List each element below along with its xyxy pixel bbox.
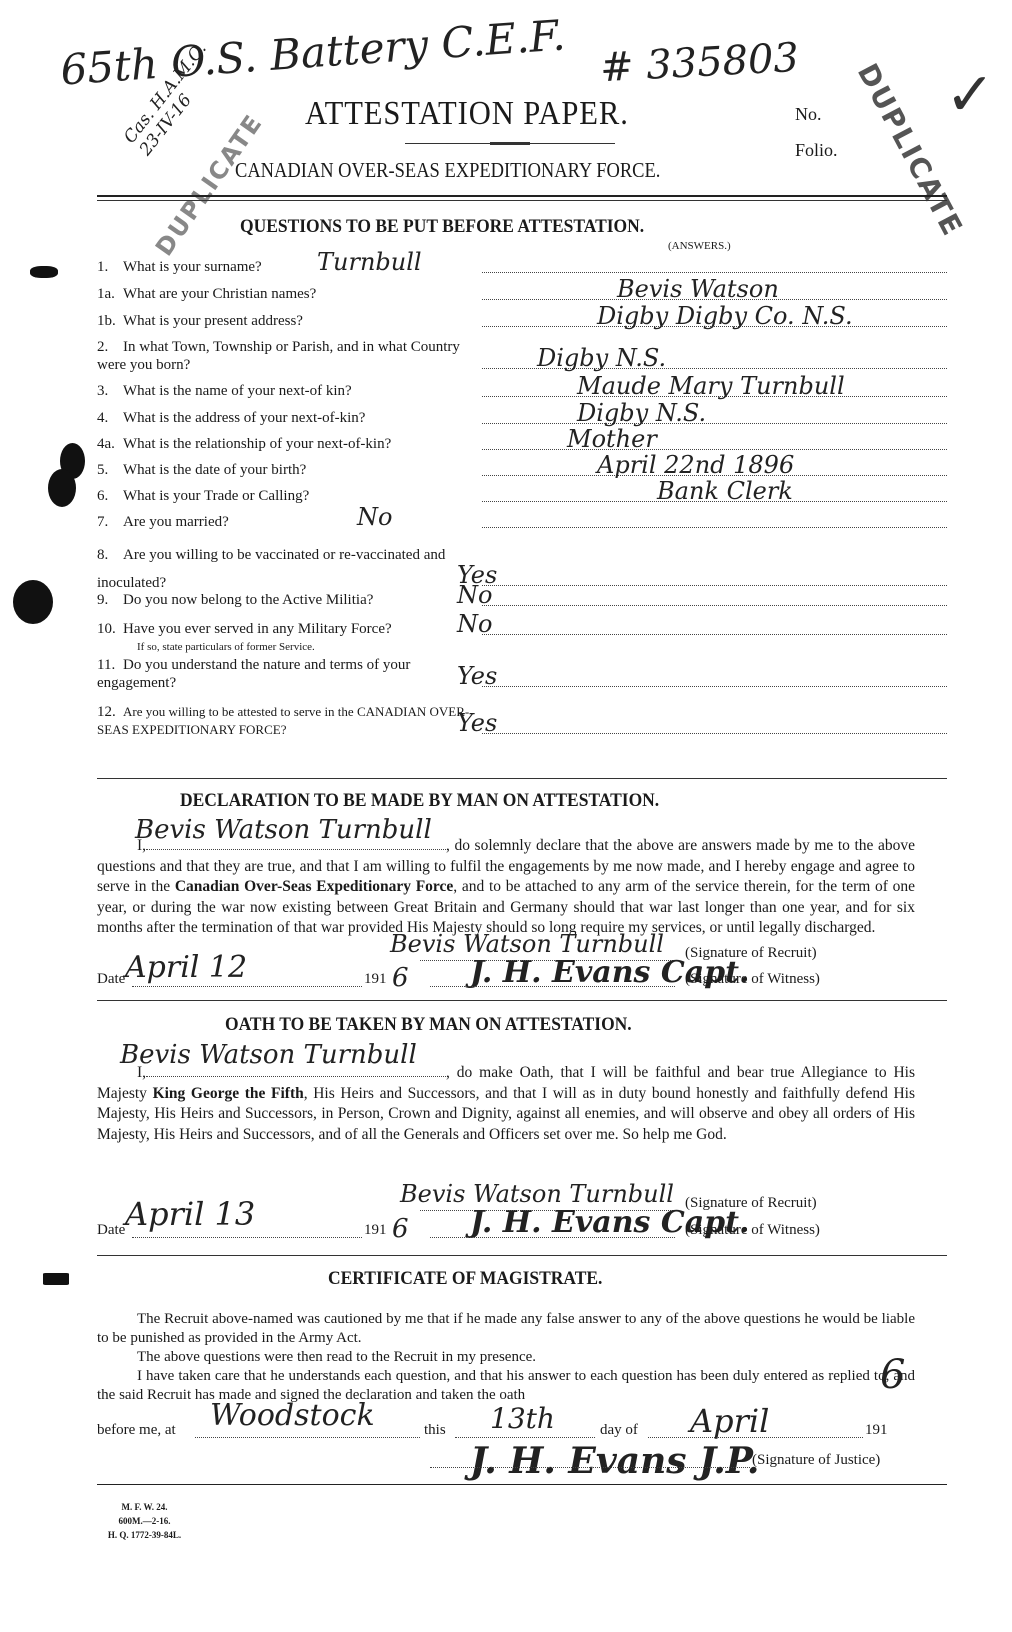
question-label: Do you understand the nature and terms o… (97, 657, 410, 691)
day-of-label: day of (600, 1422, 638, 1439)
place-line (195, 1437, 420, 1438)
declaration-year-prefix: 191 (364, 971, 387, 988)
question-text: 12.Are you willing to be attested to ser… (97, 703, 482, 739)
oath-text: I,, do make Oath, that I will be faithfu… (97, 1063, 915, 1145)
question-text: 5.What is the date of your birth? (97, 461, 482, 479)
answers-label: (ANSWERS.) (668, 240, 731, 252)
magistrate-para-1: The Recruit above-named was cautioned by… (97, 1310, 915, 1348)
question-text: 8.Are you willing to be vaccinated or re… (97, 541, 482, 597)
question-number: 4a. (97, 435, 123, 453)
oath-heading: OATH TO BE TAKEN BY MAN ON ATTESTATION. (225, 1014, 632, 1036)
answer-value[interactable]: Digby N.S. (537, 344, 666, 372)
footer-rule (97, 1484, 947, 1485)
answer-value[interactable]: Maude Mary Turnbull (577, 372, 845, 400)
justice-line (430, 1467, 750, 1468)
questions-end-rule (97, 778, 947, 779)
question-label: What is the date of your birth? (123, 462, 306, 478)
magistrate-heading: CERTIFICATE OF MAGISTRATE. (328, 1268, 602, 1290)
declaration-date-line (132, 986, 362, 987)
question-label: What is the relationship of your next-of… (123, 436, 391, 452)
question-label: In what Town, Township or Parish, and in… (97, 339, 460, 373)
answer-value[interactable]: Bank Clerk (657, 477, 793, 505)
questions-heading: QUESTIONS TO BE PUT BEFORE ATTESTATION. (240, 216, 644, 238)
declaration-witness-label: (Signature of Witness) (685, 971, 820, 988)
answer-line (482, 733, 947, 734)
answer-value[interactable]: Yes (457, 709, 497, 737)
month-value: April (690, 1402, 769, 1440)
question-text: 4a.What is the relationship of your next… (97, 435, 482, 453)
answer-line (482, 634, 947, 635)
question-number: 1b. (97, 312, 123, 330)
answer-line (482, 423, 947, 424)
document-subtitle: CANADIAN OVER-SEAS EXPEDITIONARY FORCE. (235, 158, 660, 183)
question-label: Are you willing to be vaccinated or re-v… (97, 547, 445, 591)
answer-line (482, 605, 947, 606)
oath-date-line (132, 1237, 362, 1238)
answer-value[interactable]: Mother (567, 425, 657, 453)
form-code: M. F. W. 24. 600M.—2-16. H. Q. 1772-39-8… (97, 1500, 192, 1542)
declaration-heading: DECLARATION TO BE MADE BY MAN ON ATTESTA… (180, 790, 659, 812)
answer-line (482, 686, 947, 687)
print-run-line: 600M.—2-16. (97, 1514, 192, 1528)
question-number: 10. (97, 620, 123, 638)
header-rule-thin (97, 200, 947, 201)
oath-year-prefix: 191 (364, 1222, 387, 1239)
justice-label: (Signature of Justice) (752, 1452, 880, 1469)
question-number: 7. (97, 513, 123, 531)
question-text: 9.Do you now belong to the Active Militi… (97, 591, 482, 609)
question-text: 10.Have you ever served in any Military … (97, 620, 482, 656)
question-text: 4.What is the address of your next-of-ki… (97, 409, 482, 427)
header-rule (97, 195, 947, 197)
question-note: If so, state particulars of former Servi… (97, 638, 482, 656)
form-code-line: M. F. W. 24. (97, 1500, 192, 1514)
check-mark-icon: ✓ (945, 60, 995, 130)
question-number: 11. (97, 656, 123, 674)
handwritten-unit: 65th O.S. Battery C.E.F. (59, 10, 567, 94)
question-label: What is your present address? (123, 313, 303, 329)
oath-witness-label: (Signature of Witness) (685, 1222, 820, 1239)
day-line (455, 1437, 595, 1438)
question-number: 5. (97, 461, 123, 479)
question-label: What is your Trade or Calling? (123, 488, 309, 504)
question-number: 4. (97, 409, 123, 427)
question-label: Are you married? (123, 514, 229, 530)
question-label: Have you ever served in any Military For… (123, 621, 392, 637)
document-title: ATTESTATION PAPER. (305, 95, 629, 133)
before-me-label: before me, at (97, 1422, 176, 1439)
answer-line (482, 449, 947, 450)
declaration-prefix: I, (137, 837, 146, 854)
question-text: 6.What is your Trade or Calling? (97, 487, 482, 505)
declaration-text: I,, do solemnly declare that the above a… (97, 836, 915, 939)
ink-blot (30, 266, 58, 278)
this-label: this (424, 1422, 446, 1439)
question-number: 3. (97, 382, 123, 400)
question-number: 2. (97, 338, 123, 356)
day-value: 13th (490, 1402, 555, 1435)
oath-recruit-signature: Bevis Watson Turnbull (400, 1180, 674, 1208)
declaration-witness-line (430, 986, 675, 987)
question-text: 2.In what Town, Township or Parish, and … (97, 338, 482, 374)
question-label: What is the name of your next-of kin? (123, 383, 352, 399)
question-text: 3.What is the name of your next-of kin? (97, 382, 482, 400)
answer-value[interactable]: No (457, 610, 492, 638)
justice-signature: J. H. Evans J.P. (470, 1440, 759, 1482)
declaration-date-label: Date (97, 971, 125, 988)
answer-value[interactable]: No (357, 503, 392, 531)
declaration-year-suffix: 6 (392, 963, 409, 993)
magistrate-year-suffix: 6 (880, 1352, 905, 1398)
answer-value[interactable]: Yes (457, 662, 497, 690)
declaration-recruit-signature: Bevis Watson Turnbull (390, 930, 664, 958)
magistrate-text: The Recruit above-named was cautioned by… (97, 1310, 915, 1405)
question-label: Are you willing to be attested to serve … (97, 704, 469, 737)
question-text: 1a.What are your Christian names? (97, 285, 482, 303)
place-value: Woodstock (210, 1398, 375, 1433)
oath-witness-line (430, 1237, 675, 1238)
reference-line: H. Q. 1772-39-84L. (97, 1528, 192, 1542)
declaration-body-bold: Canadian Over-Seas Expeditionary Force (175, 878, 453, 895)
answer-value[interactable]: Digby N.S. (577, 399, 706, 427)
handwritten-regimental-number: # 335803 (599, 35, 800, 91)
question-number: 1a. (97, 285, 123, 303)
answer-value[interactable]: Turnbull (317, 248, 422, 276)
ink-blot (13, 580, 53, 624)
no-label: No. (795, 104, 822, 125)
question-number: 9. (97, 591, 123, 609)
ink-blot (48, 469, 76, 507)
oath-date-value: April 13 (125, 1195, 255, 1233)
question-label: What are your Christian names? (123, 286, 316, 302)
oath-date-label: Date (97, 1222, 125, 1239)
declaration-date-value: April 12 (125, 950, 247, 985)
title-divider-center (490, 142, 530, 145)
question-text: 7.Are you married? (97, 513, 482, 531)
question-text: 11.Do you understand the nature and term… (97, 656, 482, 692)
magistrate-para-2: The above questions were then read to th… (97, 1348, 915, 1367)
question-label: Do you now belong to the Active Militia? (123, 592, 373, 608)
answer-value[interactable]: April 22nd 1896 (597, 451, 794, 479)
oath-end-rule (97, 1255, 947, 1256)
question-text: 1b.What is your present address? (97, 312, 482, 330)
oath-prefix: I, (137, 1064, 146, 1081)
magistrate-year-prefix: 191 (865, 1422, 888, 1439)
question-number: 12. (97, 703, 123, 721)
question-label: What is the address of your next-of-kin? (123, 410, 365, 426)
answer-value[interactable]: No (457, 581, 492, 609)
answer-value[interactable]: Bevis Watson (617, 275, 779, 303)
question-text: 1.What is your surname? (97, 258, 482, 276)
answer-value[interactable]: Digby Digby Co. N.S. (597, 302, 853, 330)
answer-line (482, 585, 947, 586)
answer-line (482, 527, 947, 528)
question-number: 1. (97, 258, 123, 276)
folio-label: Folio. (795, 140, 838, 161)
oath-body-bold: King George the Fifth (153, 1085, 304, 1102)
declaration-end-rule (97, 1000, 947, 1001)
question-number: 6. (97, 487, 123, 505)
ink-blot (43, 1273, 69, 1285)
oath-year-suffix: 6 (392, 1214, 409, 1244)
answer-line (482, 272, 947, 273)
question-number: 8. (97, 541, 123, 569)
question-label: What is your surname? (123, 259, 262, 275)
